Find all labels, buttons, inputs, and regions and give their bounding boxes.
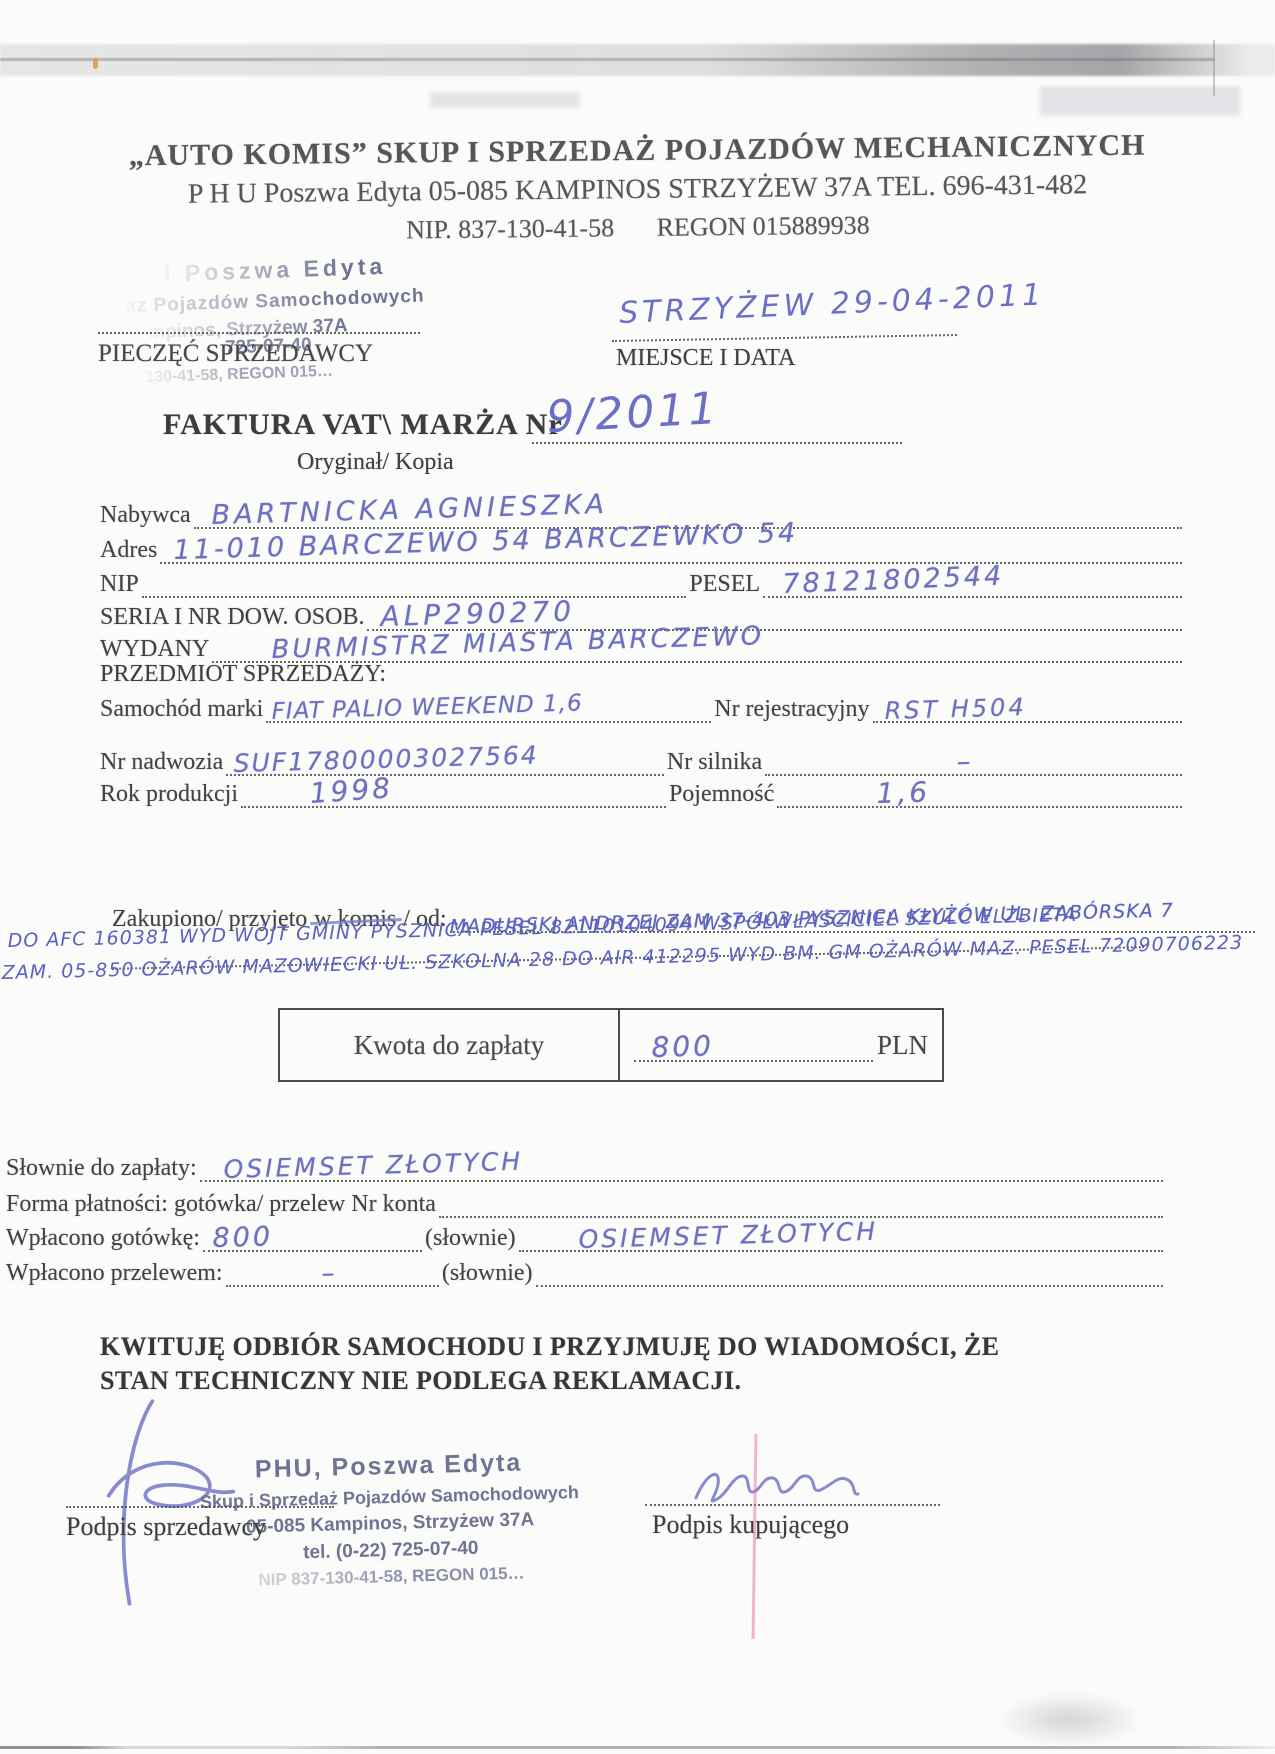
rok-handwriting: 1998 (309, 771, 394, 810)
kwota-currency: PLN (877, 1030, 928, 1061)
notice-text: KWITUJĘ ODBIÓR SAMOCHODU I PRZYJMUJĘ DO … (100, 1330, 1000, 1399)
rejestracja-label: Nr rejestracyjny (714, 696, 869, 723)
silnik-label: Nr silnika (667, 749, 762, 776)
place-date-dotted-line (612, 334, 957, 342)
nadwozie-line: SUF17800003027564 (226, 744, 664, 776)
scan-artifact-top-line (0, 58, 1215, 61)
company-nip: NIP. 837-130-41-58 (406, 213, 614, 244)
nip-line (142, 566, 687, 598)
field-wydany: WYDANY BURMISTRZ MIASTA BARCZEWO (100, 631, 1185, 663)
gotowka-amount-handwriting: 800 (212, 1221, 273, 1254)
przelew-slownie-line (536, 1255, 1163, 1287)
przedmiot-label: PRZEDMIOT SPRZEDAŻY: (100, 661, 386, 688)
company-header: „AUTO KOMIS” SKUP I SPRZEDAŻ POJAZDÓW ME… (0, 127, 1275, 249)
buyer-signature-dotted-line (645, 1504, 940, 1506)
seller-signature-dotted-line (66, 1506, 334, 1508)
pesel-handwriting: 78121802544 (782, 561, 1005, 600)
place-date-label: MIEJSCE I DATA (616, 345, 795, 372)
kwota-handwriting: 800 (651, 1029, 714, 1064)
field-nip-pesel: NIP PESEL 78121802544 (100, 566, 1185, 598)
company-name: „AUTO KOMIS” SKUP I SPRZEDAŻ POJAZDÓW ME… (0, 127, 1275, 174)
company-ids: NIP. 837-130-41-58 REGON 015889938 (0, 206, 1275, 249)
payment-slownie: Słownie do zapłaty: OSIEMSET ZŁOTYCH (6, 1150, 1166, 1182)
scan-artifact-ghost-left (430, 92, 580, 108)
payment-forma: Forma płatności: gotówka/ przelew Nr kon… (6, 1186, 1166, 1218)
nadwozie-label: Nr nadwozia (100, 749, 223, 776)
marka-line: FIAT PALIO WEEKEND 1,6 (266, 691, 711, 723)
marka-handwriting: FIAT PALIO WEEKEND 1,6 (272, 690, 584, 725)
gotowka-slownie-handwriting: OSIEMSET ZŁOTYCH (578, 1217, 878, 1254)
invoice-title: FAKTURA VAT\ MARŻA Nr (163, 408, 563, 442)
field-rok-pojemnosc: Rok produkcji 1998 Pojemność 1,6 (100, 776, 1185, 808)
slownie-handwriting: OSIEMSET ZŁOTYCH (223, 1147, 523, 1184)
gotowka-label: Wpłacono gotówkę: (6, 1225, 200, 1252)
gotowka-slownie-line: OSIEMSET ZŁOTYCH (519, 1220, 1163, 1252)
rejestracja-line: RST H504 (873, 691, 1183, 723)
rok-label: Rok produkcji (100, 781, 238, 808)
wydany-label: WYDANY (100, 636, 209, 663)
buyer-signature-label: Podpis kupującego (652, 1510, 849, 1540)
payment-przelew: Wpłacono przelewem: – (słownie) (6, 1255, 1166, 1287)
przelew-amount-line: – (226, 1255, 439, 1287)
payment-gotowka: Wpłacono gotówkę: 800 (słownie) OSIEMSET… (6, 1220, 1166, 1252)
pojemnosc-line: 1,6 (777, 776, 1182, 808)
invoice-copy-label: Oryginał/ Kopia (297, 449, 454, 476)
invoice-number-dotted-line (532, 442, 902, 444)
slownie-label: Słownie do zapłaty: (6, 1155, 197, 1182)
field-nadwozie-silnik: Nr nadwozia SUF17800003027564 Nr silnika… (100, 744, 1185, 776)
nip-label: NIP (100, 571, 139, 598)
stamp-dotted-line (98, 332, 420, 334)
stamp-owner-line: I Poszwa Edyta (164, 249, 495, 288)
stamp-bottom-ids: NIP 837-130-41-58, REGON 015… (191, 1562, 591, 1592)
seller-signature-label: Podpis sprzedawcy (66, 1512, 266, 1542)
scanned-invoice-page: „AUTO KOMIS” SKUP I SPRZEDAŻ POJAZDÓW ME… (0, 0, 1275, 1754)
pesel-label: PESEL (689, 571, 760, 598)
wydany-line: BURMISTRZ MIASTA BARCZEWO (212, 631, 1182, 663)
przelew-label: Wpłacono przelewem: (6, 1260, 223, 1287)
kwota-label: Kwota do zapłaty (280, 1010, 618, 1080)
gotowka-slownie-label: (słownie) (425, 1225, 516, 1252)
dowod-label: SERIA I NR DOW. OSOB. (100, 604, 364, 631)
invoice-number-handwriting: 9/2011 (545, 383, 720, 443)
slownie-line: OSIEMSET ZŁOTYCH (200, 1150, 1163, 1182)
przelew-dash-handwriting: – (321, 1259, 338, 1289)
gotowka-amount-line: 800 (203, 1220, 422, 1252)
company-address: P H U Poszwa Edyta 05-085 KAMPINOS STRZY… (0, 167, 1275, 212)
kwota-box: Kwota do zapłaty 800 PLN (278, 1008, 944, 1082)
kwota-value-cell: 800 PLN (618, 1010, 942, 1080)
przelew-slownie-label: (słownie) (442, 1260, 533, 1287)
forma-line (439, 1186, 1163, 1218)
pojemnosc-handwriting: 1,6 (876, 776, 930, 810)
dowod-line: ALP290270 (367, 599, 1182, 631)
nabywca-label: Nabywca (100, 502, 191, 529)
scan-artifact-ghost-right (1040, 86, 1240, 116)
rok-line: 1998 (241, 776, 666, 808)
adres-line: 11-010 BARCZEWO 54 BARCZEWKO 54 (160, 532, 1182, 564)
pesel-line: 78121802544 (763, 566, 1182, 598)
adres-label: Adres (100, 537, 157, 564)
company-regon: REGON 015889938 (656, 211, 869, 242)
forma-label: Forma płatności: gotówka/ przelew Nr kon… (6, 1191, 436, 1218)
place-date-handwriting: STRZYŻEW 29-04-2011 (618, 277, 1045, 331)
field-marka-rejestracja: Samochód marki FIAT PALIO WEEKEND 1,6 Nr… (100, 691, 1185, 723)
silnik-handwriting: – (956, 745, 974, 778)
marka-label: Samochód marki (100, 696, 263, 723)
scan-artifact-orange-speck (93, 58, 98, 69)
rejestracja-handwriting: RST H504 (884, 693, 1027, 725)
silnik-line: – (765, 744, 1182, 776)
field-adres: Adres 11-010 BARCZEWO 54 BARCZEWKO 54 (100, 532, 1185, 564)
kwota-dotted: 800 (634, 1036, 873, 1062)
scan-artifact-bottom-smudge (995, 1692, 1145, 1747)
pojemnosc-label: Pojemność (669, 781, 774, 808)
buyer-signature (688, 1460, 866, 1510)
